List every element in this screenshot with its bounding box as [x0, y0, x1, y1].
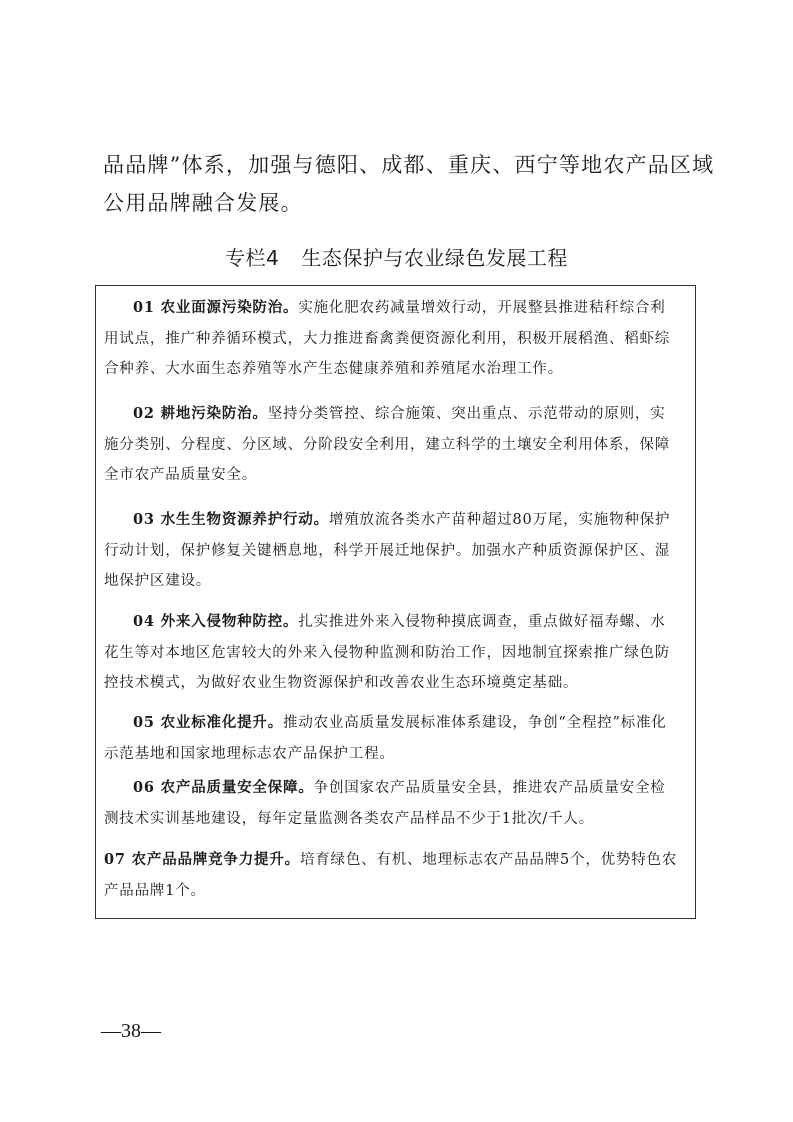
- item-heading: 06 农产品质量安全保障。: [133, 779, 314, 796]
- item-text: 用试点，推广种养循环模式，大力推进畜禽粪便资源化利用，积极开展稻渔、稻虾综: [104, 324, 692, 355]
- item-text: 测技术实训基地建设，每年定量监测各类农产品样品不少于1批次/千人。: [104, 804, 692, 835]
- panel-title: 专栏4生态保护与农业绿色发展工程: [0, 243, 793, 273]
- item-text: 实施化肥农药减量增效行动，开展整县推进秸秆综合利: [298, 300, 665, 316]
- item-text: 合种养、大水面生态养殖等水产生态健康养殖和养殖尾水治理工作。: [104, 354, 692, 385]
- item-heading: 02 耕地污染防治。: [133, 405, 268, 422]
- intro-line: 品品牌”体系，加强与德阳、成都、重庆、西宁等地农产品区域: [103, 146, 703, 184]
- item-text: 坚持分类管控、综合施策、突出重点、示范带动的原则，实: [268, 406, 666, 422]
- item-text: 地保护区建设。: [104, 566, 692, 597]
- item-text: 培育绿色、有机、地理标志农产品品牌5个，优势特色农: [300, 852, 677, 868]
- item-heading: 07 农产品品牌竞争力提升。: [104, 851, 300, 868]
- intro-paragraph: 品品牌”体系，加强与德阳、成都、重庆、西宁等地农产品区域 公用品牌融合发展。: [103, 146, 703, 222]
- item-text: 产品品牌1个。: [104, 876, 692, 907]
- intro-line: 公用品牌融合发展。: [103, 184, 703, 222]
- panel-item-06: 06 农产品质量安全保障。争创国家农产品质量安全县，推进农产品质量安全检 测技术…: [104, 773, 692, 834]
- item-text: 示范基地和国家地理标志农产品保护工程。: [104, 739, 692, 770]
- panel-title-prefix: 专栏4: [225, 246, 279, 270]
- item-heading: 03 水生生物资源养护行动。: [133, 511, 329, 528]
- panel-item-02: 02 耕地污染防治。坚持分类管控、综合施策、突出重点、示范带动的原则，实 施分类…: [104, 399, 692, 491]
- item-text: 施分类别、分程度、分区域、分阶段安全利用，建立科学的土壤安全利用体系，保障: [104, 430, 692, 461]
- item-text: 花生等对本地区危害较大的外来入侵物种监测和防治工作，因地制宜探索推广绿色防: [104, 638, 692, 669]
- item-text: 扎实推进外来入侵物种摸底调查，重点做好福寿螺、水: [298, 614, 665, 630]
- item-text: 推动农业高质量发展标准体系建设，争创“全程控”标准化: [283, 715, 667, 731]
- panel-item-01: 01 农业面源污染防治。实施化肥农药减量增效行动，开展整县推进秸秆综合利 用试点…: [104, 293, 692, 385]
- item-heading: 01 农业面源污染防治。: [133, 299, 298, 316]
- item-text: 行动计划，保护修复关键栖息地，科学开展迁地保护。加强水产种质资源保护区、湿: [104, 536, 692, 567]
- panel-item-03: 03 水生生物资源养护行动。增殖放流各类水产苗种超过80万尾，实施物种保护 行动…: [104, 505, 692, 597]
- panel-item-04: 04 外来入侵物种防控。扎实推进外来入侵物种摸底调查，重点做好福寿螺、水 花生等…: [104, 607, 692, 699]
- item-text: 争创国家农产品质量安全县，推进农产品质量安全检: [314, 780, 666, 796]
- panel-item-05: 05 农业标准化提升。推动农业高质量发展标准体系建设，争创“全程控”标准化 示范…: [104, 708, 692, 769]
- item-heading: 04 外来入侵物种防控。: [133, 613, 298, 630]
- panel-item-07: 07 农产品品牌竞争力提升。培育绿色、有机、地理标志农产品品牌5个，优势特色农 …: [104, 845, 692, 906]
- item-heading: 05 农业标准化提升。: [133, 714, 283, 731]
- panel-title-text: 生态保护与农业绿色发展工程: [301, 246, 568, 270]
- item-text: 全市农产品质量安全。: [104, 460, 692, 491]
- page-number: —38—: [101, 1019, 161, 1043]
- item-text: 增殖放流各类水产苗种超过80万尾，实施物种保护: [329, 512, 670, 528]
- item-text: 控技术模式，为做好农业生物资源保护和改善农业生态环境奠定基础。: [104, 668, 692, 699]
